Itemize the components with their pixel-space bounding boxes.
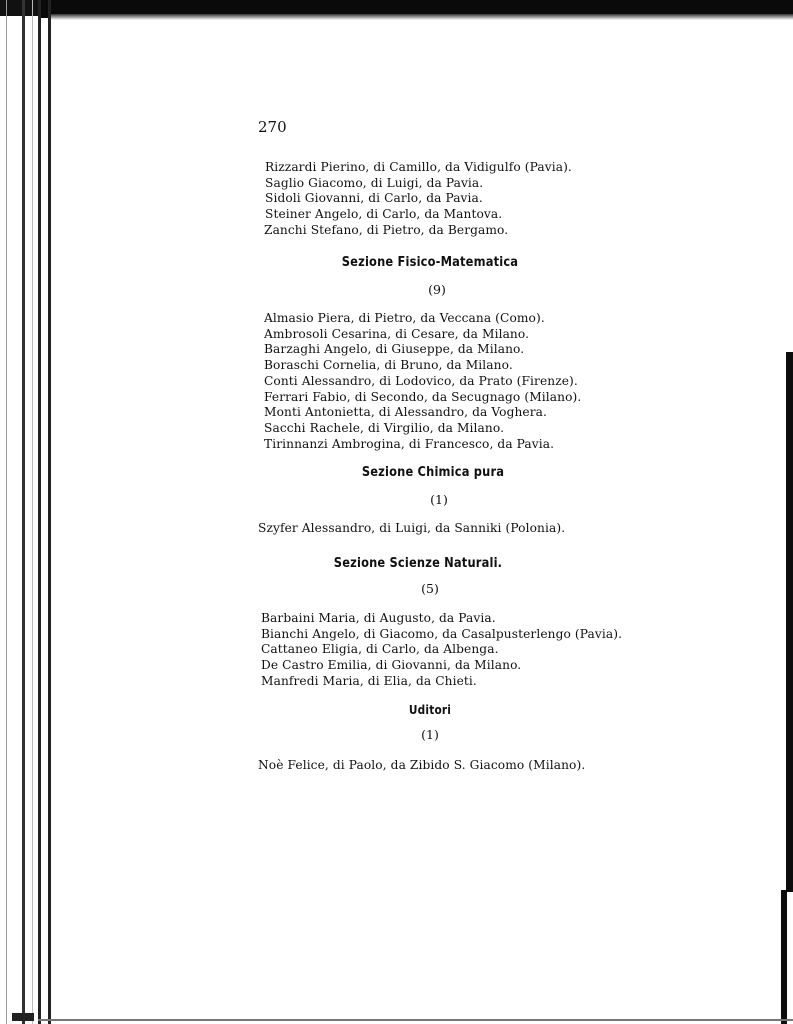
- list-item: Ferrari Fabio, di Secondo, da Secugnago …: [264, 390, 581, 406]
- section-heading-scienze-naturali: Sezione Scienze Naturali.: [286, 556, 550, 571]
- section-list-scienze-naturali: Barbaini Maria, di Augusto, da Pavia. Bi…: [261, 611, 622, 690]
- section-count: (5): [400, 581, 460, 596]
- list-item: Bianchi Angelo, di Giacomo, da Casalpust…: [261, 627, 622, 643]
- list-item: Cattaneo Eligia, di Carlo, da Albenga.: [261, 642, 622, 658]
- section-list-fisico-matematica: Almasio Piera, di Pietro, da Veccana (Co…: [264, 311, 581, 452]
- section-count: (1): [409, 492, 469, 507]
- list-item: Conti Alessandro, di Lodovico, da Prato …: [264, 374, 581, 390]
- book-binding-line: [6, 0, 7, 1024]
- list-item: Sidoli Giovanni, di Carlo, da Pavia.: [265, 191, 572, 207]
- scan-shadow-right: [786, 352, 793, 892]
- list-item: Noè Felice, di Paolo, da Zibido S. Giaco…: [258, 758, 585, 774]
- continuation-list: Rizzardi Pierino, di Camillo, da Vidigul…: [265, 160, 572, 239]
- list-item: Zanchi Stefano, di Pietro, da Bergamo.: [264, 223, 572, 239]
- list-item: Saglio Giacomo, di Luigi, da Pavia.: [265, 176, 572, 192]
- list-item: Manfredi Maria, di Elia, da Chieti.: [261, 674, 622, 690]
- list-item: Monti Antonietta, di Alessandro, da Vogh…: [264, 405, 581, 421]
- list-item: Steiner Angelo, di Carlo, da Mantova.: [265, 207, 572, 223]
- book-binding-line: [22, 0, 25, 1024]
- book-binding-line: [32, 0, 33, 1024]
- list-item: Rizzardi Pierino, di Camillo, da Vidigul…: [265, 160, 572, 176]
- list-item: Barzaghi Angelo, di Giuseppe, da Milano.: [264, 342, 581, 358]
- list-item: Ambrosoli Cesarina, di Cesare, da Milano…: [264, 327, 581, 343]
- book-binding-line: [38, 0, 41, 1024]
- scan-shadow-right: [781, 890, 787, 1024]
- section-heading-uditori: Uditori: [298, 703, 562, 717]
- book-binding-line: [48, 0, 51, 1024]
- section-heading-fisico-matematica: Sezione Fisico-Matematica: [298, 255, 562, 270]
- scan-shadow-bottom-left: [12, 1013, 34, 1021]
- list-item: Tirinnanzi Ambrogina, di Francesco, da P…: [264, 437, 581, 453]
- list-item: Barbaini Maria, di Augusto, da Pavia.: [261, 611, 622, 627]
- section-heading-chimica-pura: Sezione Chimica pura: [301, 465, 565, 480]
- list-item: Szyfer Alessandro, di Luigi, da Sanniki …: [258, 521, 565, 537]
- page-number: 270: [258, 118, 287, 136]
- section-count: (9): [407, 282, 467, 297]
- list-item: Sacchi Rachele, di Virgilio, da Milano.: [264, 421, 581, 437]
- section-list-chimica-pura: Szyfer Alessandro, di Luigi, da Sanniki …: [258, 521, 565, 537]
- list-item: Almasio Piera, di Pietro, da Veccana (Co…: [264, 311, 581, 327]
- list-item: De Castro Emilia, di Giovanni, da Milano…: [261, 658, 622, 674]
- list-item: Boraschi Cornelia, di Bruno, da Milano.: [264, 358, 581, 374]
- scan-shadow-bottom: [38, 1019, 793, 1021]
- section-list-uditori: Noè Felice, di Paolo, da Zibido S. Giaco…: [258, 758, 585, 774]
- scan-shadow-top-fade: [50, 14, 793, 20]
- section-count: (1): [400, 727, 460, 742]
